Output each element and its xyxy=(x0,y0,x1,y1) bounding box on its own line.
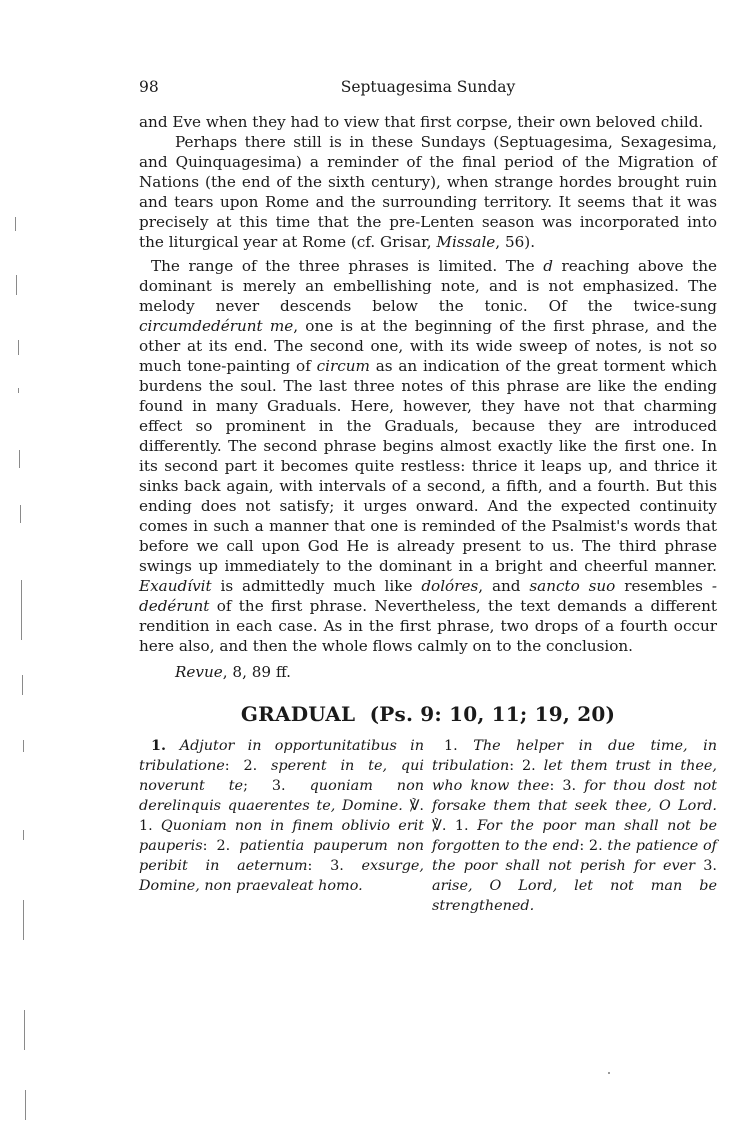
text-run: , and xyxy=(478,577,529,595)
text-run: Perhaps there still is in these Sundays … xyxy=(139,133,717,251)
scan-artifact-line xyxy=(23,830,24,840)
latin-text: 1. Adjutor in opportunitatibus in tribul… xyxy=(139,736,424,896)
verse-number: : 3. xyxy=(549,778,584,794)
verse-number: 1. xyxy=(139,818,161,834)
paragraph-continuation: and Eve when they had to view that first… xyxy=(139,112,717,132)
verse-number: 1. xyxy=(151,737,180,754)
scan-artifact-line xyxy=(20,505,21,523)
section-heading: GRADUAL (Ps. 9: 10, 11; 19, 20) xyxy=(139,700,717,728)
commentary-text: and Eve when they had to view that first… xyxy=(139,112,717,682)
section-title: GRADUAL xyxy=(241,702,355,726)
italic-term: sancto suo xyxy=(529,577,615,595)
english-column: 1. The helper in due time, in tribulatio… xyxy=(432,736,717,916)
scan-artifact-line xyxy=(23,900,24,940)
versicle-symbol: ℣. xyxy=(432,818,455,834)
verse-number: 1. xyxy=(455,818,477,834)
english-text: 1. The helper in due time, in tribulatio… xyxy=(432,736,717,916)
running-head: 98 Septuagesima Sunday xyxy=(139,74,717,100)
italic-term: dolóres xyxy=(421,577,478,595)
text-run: , 56). xyxy=(495,233,535,251)
english-verse: arise, O Lord, let not man be strengthen… xyxy=(432,878,717,914)
book-page: 98 Septuagesima Sunday and Eve when they… xyxy=(139,74,717,916)
scan-artifact-line xyxy=(18,388,19,393)
italic-term: Exaudívit xyxy=(139,577,212,595)
verse-number: 3. xyxy=(695,858,717,874)
verse-number: : 2. xyxy=(509,758,543,774)
citation-ref: , 8, 89 ff. xyxy=(223,663,291,681)
versicle-symbol: ℣. xyxy=(403,798,424,814)
psalm-reference: (Ps. 9: 10, 11; 19, 20) xyxy=(370,702,616,726)
scan-artifact-line xyxy=(21,580,22,640)
scan-artifact-line xyxy=(18,340,19,355)
text-run: as an indication of the great torment wh… xyxy=(139,357,717,575)
scan-artifact-line xyxy=(15,217,16,231)
verse-number: : 3. xyxy=(308,858,362,874)
running-title: Septuagesima Sunday xyxy=(139,74,717,100)
text-run: of the first phrase. Nevertheless, the t… xyxy=(139,597,717,655)
parallel-text: 1. Adjutor in opportunitatibus in tribul… xyxy=(139,736,717,916)
scan-artifact-line xyxy=(19,450,20,468)
verse-number: : 2. xyxy=(225,758,271,774)
source-citation: Revue, 8, 89 ff. xyxy=(139,662,717,682)
verse-number: : 2. xyxy=(203,838,240,854)
verse-number: ; 3. xyxy=(243,778,310,794)
scan-artifact-line xyxy=(25,1090,26,1120)
italic-term: circumdedérunt me xyxy=(139,317,293,335)
scan-artifact-dot xyxy=(608,1072,610,1074)
scan-artifact-line xyxy=(22,675,23,695)
scan-artifact-line xyxy=(23,740,24,752)
scan-artifact-line xyxy=(24,1010,25,1050)
latin-column: 1. Adjutor in opportunitatibus in tribul… xyxy=(139,736,424,916)
text-run: The range of the three phrases is limite… xyxy=(151,257,543,275)
paragraph-melody-analysis: The range of the three phrases is limite… xyxy=(139,256,717,656)
italic-title: Missale xyxy=(436,233,495,251)
scan-artifact-line xyxy=(16,275,17,295)
paragraph-migration: Perhaps there still is in these Sundays … xyxy=(139,132,717,252)
citation-title: Revue xyxy=(175,663,223,681)
verse-number: : 2. xyxy=(579,838,607,854)
text-run: is admittedly much like xyxy=(212,577,422,595)
text-run: resembles xyxy=(615,577,712,595)
verse-number: 1. xyxy=(444,738,473,754)
italic-term: circum xyxy=(317,357,370,375)
italic-term: d xyxy=(543,257,553,275)
